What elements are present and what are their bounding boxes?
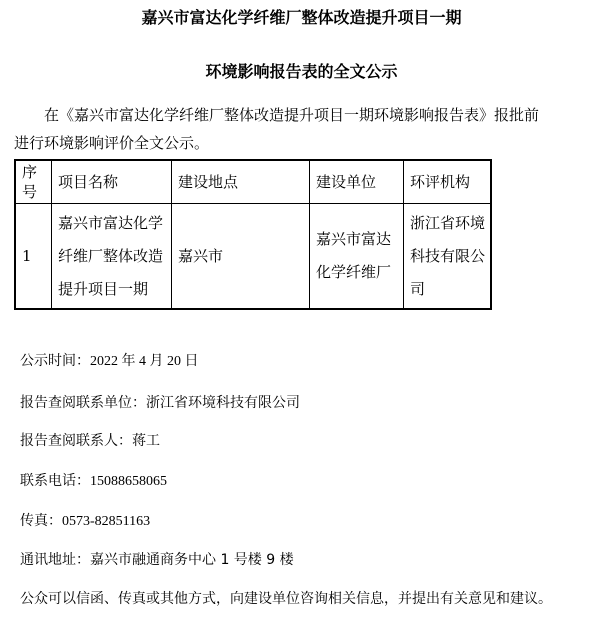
contact-unit-value: 浙江省环境科技有限公司 (146, 395, 300, 411)
project-info-table: 序号 项目名称 建设地点 建设单位 环评机构 1 嘉兴市富达化学纤维厂整体改造提… (14, 159, 492, 310)
publish-date-value: 2022 年 4 月 20 日 (90, 354, 199, 369)
document-title-line1: 嘉兴市富达化学纤维厂整体改造提升项目一期 (0, 8, 603, 28)
publish-date-line: 公示时间：2022 年 4 月 20 日 (20, 352, 199, 371)
phone-line: 联系电话：15088658065 (20, 472, 167, 491)
publish-date-label: 公示时间： (20, 353, 90, 369)
cell-location: 嘉兴市 (172, 204, 310, 310)
fax-value: 0573-82851163 (62, 514, 150, 529)
document-title-line2: 环境影响报告表的全文公示 (0, 62, 603, 82)
table-header-row: 序号 项目名称 建设地点 建设单位 环评机构 (15, 160, 491, 204)
contact-person-line: 报告查阅联系人：蒋工 (20, 432, 160, 450)
contact-person-value: 蒋工 (132, 433, 160, 449)
fax-line: 传真：0573-82851163 (20, 512, 150, 531)
address-value: 嘉兴市融通商务中心 1 号楼 9 楼 (90, 552, 294, 568)
header-project-name: 项目名称 (52, 160, 172, 204)
phone-label: 联系电话： (20, 473, 90, 489)
header-builder: 建设单位 (310, 160, 404, 204)
cell-project-name: 嘉兴市富达化学纤维厂整体改造提升项目一期 (52, 204, 172, 310)
header-location: 建设地点 (172, 160, 310, 204)
contact-unit-label: 报告查阅联系单位： (20, 395, 146, 411)
phone-value: 15088658065 (90, 474, 167, 489)
intro-paragraph-line1: 在《嘉兴市富达化学纤维厂整体改造提升项目一期环境影响报告表》报批前 (44, 103, 603, 128)
intro-paragraph-line2: 进行环境影响评价全文公示。 (14, 131, 589, 156)
fax-label: 传真： (20, 513, 62, 529)
contact-person-label: 报告查阅联系人： (20, 433, 132, 449)
header-seq: 序号 (15, 160, 52, 204)
cell-builder: 嘉兴市富达化学纤维厂 (310, 204, 404, 310)
table-row: 1 嘉兴市富达化学纤维厂整体改造提升项目一期 嘉兴市 嘉兴市富达化学纤维厂 浙江… (15, 204, 491, 310)
header-eia-agency: 环评机构 (404, 160, 492, 204)
address-line: 通讯地址：嘉兴市融通商务中心 1 号楼 9 楼 (20, 551, 294, 569)
cell-eia-agency: 浙江省环境科技有限公司 (404, 204, 492, 310)
closing-statement: 公众可以信函、传真或其他方式，向建设单位咨询相关信息，并提出有关意见和建议。 (20, 590, 552, 608)
cell-seq: 1 (15, 204, 52, 310)
address-label: 通讯地址： (20, 552, 90, 568)
contact-unit-line: 报告查阅联系单位：浙江省环境科技有限公司 (20, 394, 300, 412)
